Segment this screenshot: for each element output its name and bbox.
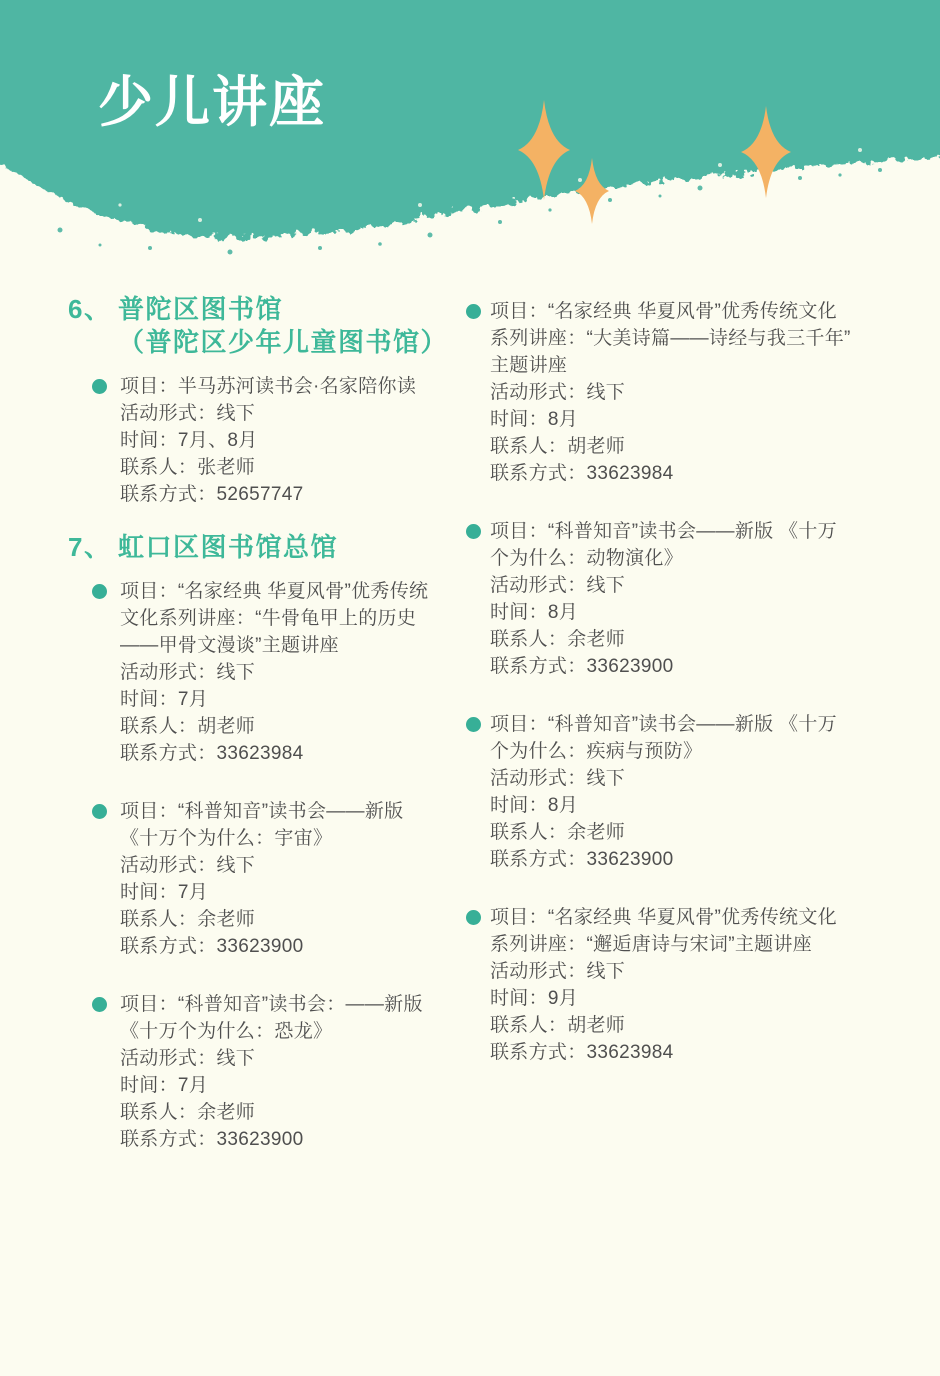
event-line: 联系人：胡老师 <box>490 1012 837 1039</box>
event-line: 《十万个为什么：宇宙》 <box>120 825 403 852</box>
event-line: 联系方式：52657747 <box>120 481 416 508</box>
event-line: 个为什么：疾病与预防》 <box>490 738 837 765</box>
bullet-icon <box>92 379 107 394</box>
event-line: 时间：9月 <box>490 985 837 1012</box>
event-lines: 项目：“科普知音”读书会——新版《十万个为什么：宇宙》活动形式：线下时间：7月联… <box>120 798 403 960</box>
event-line: 联系人：胡老师 <box>120 713 428 740</box>
event-line: 联系人：张老师 <box>120 454 416 481</box>
bullet-icon <box>466 717 481 732</box>
event-line: 时间：7月、8月 <box>120 427 416 454</box>
event-line: 《十万个为什么：恐龙》 <box>120 1018 423 1045</box>
bullet-icon <box>92 997 107 1012</box>
section-title-line: 虹口区图书馆总馆 <box>118 531 338 564</box>
event-line: 活动形式：线下 <box>490 765 837 792</box>
library-section: 6、 普陀区图书馆（普陀区少年儿童图书馆） 项目：半马苏河读书会·名家陪你读活动… <box>68 293 468 508</box>
bullet-icon <box>92 584 107 599</box>
event-line: 联系方式：33623900 <box>120 1126 423 1153</box>
event-item: 项目：半马苏河读书会·名家陪你读活动形式：线下时间：7月、8月联系人：张老师联系… <box>92 373 468 508</box>
bullet-icon <box>466 304 481 319</box>
event-line: 项目：“名家经典 华夏风骨”优秀传统 <box>120 578 428 605</box>
event-line: 联系方式：33623900 <box>120 933 403 960</box>
section-heading: 7、 虹口区图书馆总馆 <box>68 531 468 564</box>
event-line: 活动形式：线下 <box>490 958 837 985</box>
event-line: 时间：8月 <box>490 406 851 433</box>
bullet-icon <box>92 804 107 819</box>
event-line: 时间：8月 <box>490 792 837 819</box>
event-line: 联系人：胡老师 <box>490 433 851 460</box>
event-line: 项目：“科普知音”读书会：——新版 <box>120 991 423 1018</box>
section-title: 虹口区图书馆总馆 <box>118 531 338 564</box>
library-section: 7、 虹口区图书馆总馆 项目：“名家经典 华夏风骨”优秀传统文化系列讲座：“牛骨… <box>68 531 468 1153</box>
event-line: 联系人：余老师 <box>120 1099 423 1126</box>
event-item: 项目：“名家经典 华夏风骨”优秀传统文化系列讲座：“牛骨龟甲上的历史——甲骨文漫… <box>92 578 468 767</box>
poster-page: 少儿讲座 6、 普陀区图书馆（普陀区少年儿童图书馆） 项目：半马苏河读书会·名家… <box>0 0 940 1376</box>
event-line: 文化系列讲座：“牛骨龟甲上的历史 <box>120 605 428 632</box>
event-line: 项目：“名家经典 华夏风骨”优秀传统文化 <box>490 904 837 931</box>
section-items: 项目：半马苏河读书会·名家陪你读活动形式：线下时间：7月、8月联系人：张老师联系… <box>92 373 468 508</box>
header-band: 少儿讲座 <box>0 0 940 270</box>
section-title: 普陀区图书馆（普陀区少年儿童图书馆） <box>118 293 448 359</box>
event-line: 主题讲座 <box>490 352 851 379</box>
event-line: 项目：半马苏河读书会·名家陪你读 <box>120 373 416 400</box>
section-heading: 6、 普陀区图书馆（普陀区少年儿童图书馆） <box>68 293 468 359</box>
event-line: 联系方式：33623984 <box>490 1039 837 1066</box>
bullet-icon <box>466 910 481 925</box>
event-line: 时间：8月 <box>490 599 837 626</box>
event-line: 系列讲座：“邂逅唐诗与宋词”主题讲座 <box>490 931 837 958</box>
event-line: 活动形式：线下 <box>490 379 851 406</box>
event-item: 项目：“科普知音”读书会——新版 《十万个为什么：动物演化》活动形式：线下时间：… <box>466 518 896 680</box>
page-title: 少儿讲座 <box>98 72 326 133</box>
event-line: 联系方式：33623984 <box>490 460 851 487</box>
event-line: 时间：7月 <box>120 686 428 713</box>
event-lines: 项目：“名家经典 华夏风骨”优秀传统文化系列讲座：“邂逅唐诗与宋词”主题讲座活动… <box>490 904 837 1066</box>
bullet-icon <box>466 524 481 539</box>
event-line: 时间：7月 <box>120 1072 423 1099</box>
event-line: 项目：“科普知音”读书会——新版 <box>120 798 403 825</box>
section-title-line: （普陀区少年儿童图书馆） <box>118 326 448 359</box>
event-line: 联系人：余老师 <box>490 819 837 846</box>
event-line: 项目：“名家经典 华夏风骨”优秀传统文化 <box>490 298 851 325</box>
section-items: 项目：“名家经典 华夏风骨”优秀传统文化系列讲座：“牛骨龟甲上的历史——甲骨文漫… <box>92 578 468 1153</box>
left-column: 6、 普陀区图书馆（普陀区少年儿童图书馆） 项目：半马苏河读书会·名家陪你读活动… <box>68 293 468 1176</box>
event-lines: 项目：“名家经典 华夏风骨”优秀传统文化系列讲座：“大美诗篇——诗经与我三千年”… <box>490 298 851 487</box>
event-lines: 项目：“科普知音”读书会——新版 《十万个为什么：动物演化》活动形式：线下时间：… <box>490 518 837 680</box>
event-line: 联系方式：33623900 <box>490 653 837 680</box>
event-line: 活动形式：线下 <box>120 400 416 427</box>
event-line: 活动形式：线下 <box>120 659 428 686</box>
event-line: 项目：“科普知音”读书会——新版 《十万 <box>490 711 837 738</box>
event-lines: 项目：半马苏河读书会·名家陪你读活动形式：线下时间：7月、8月联系人：张老师联系… <box>120 373 416 508</box>
event-line: ——甲骨文漫谈”主题讲座 <box>120 632 428 659</box>
event-line: 时间：7月 <box>120 879 403 906</box>
event-line: 个为什么：动物演化》 <box>490 545 837 572</box>
section-number: 7、 <box>68 531 118 564</box>
section-title-line: 普陀区图书馆 <box>118 293 448 326</box>
event-line: 活动形式：线下 <box>490 572 837 599</box>
section-number: 6、 <box>68 293 118 359</box>
event-item: 项目：“名家经典 华夏风骨”优秀传统文化系列讲座：“大美诗篇——诗经与我三千年”… <box>466 298 896 487</box>
event-line: 活动形式：线下 <box>120 852 403 879</box>
event-line: 项目：“科普知音”读书会——新版 《十万 <box>490 518 837 545</box>
event-line: 活动形式：线下 <box>120 1045 423 1072</box>
event-line: 联系人：余老师 <box>490 626 837 653</box>
event-line: 联系人：余老师 <box>120 906 403 933</box>
right-column: 项目：“名家经典 华夏风骨”优秀传统文化系列讲座：“大美诗篇——诗经与我三千年”… <box>466 298 896 1066</box>
event-lines: 项目：“科普知音”读书会——新版 《十万个为什么：疾病与预防》活动形式：线下时间… <box>490 711 837 873</box>
event-line: 联系方式：33623900 <box>490 846 837 873</box>
event-item: 项目：“科普知音”读书会：——新版《十万个为什么：恐龙》活动形式：线下时间：7月… <box>92 991 468 1153</box>
event-item: 项目：“科普知音”读书会——新版《十万个为什么：宇宙》活动形式：线下时间：7月联… <box>92 798 468 960</box>
event-lines: 项目：“名家经典 华夏风骨”优秀传统文化系列讲座：“牛骨龟甲上的历史——甲骨文漫… <box>120 578 428 767</box>
event-lines: 项目：“科普知音”读书会：——新版《十万个为什么：恐龙》活动形式：线下时间：7月… <box>120 991 423 1153</box>
event-line: 系列讲座：“大美诗篇——诗经与我三千年” <box>490 325 851 352</box>
header-band-art <box>0 0 940 270</box>
event-item: 项目：“名家经典 华夏风骨”优秀传统文化系列讲座：“邂逅唐诗与宋词”主题讲座活动… <box>466 904 896 1066</box>
event-line: 联系方式：33623984 <box>120 740 428 767</box>
event-item: 项目：“科普知音”读书会——新版 《十万个为什么：疾病与预防》活动形式：线下时间… <box>466 711 896 873</box>
